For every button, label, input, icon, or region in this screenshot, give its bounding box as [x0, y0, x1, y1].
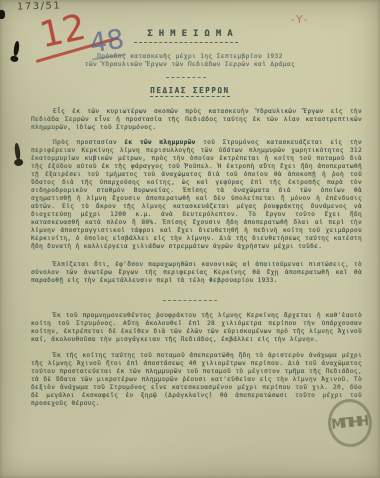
- divider-dashes: [166, 77, 206, 78]
- archive-stamp-monogram: ΜΠΗΗ: [333, 414, 368, 432]
- scanned-document-page: 173/51 12 48 -Υ- ΣΗΜΕΙΩΜΑ Πρόοδος κατασκ…: [0, 0, 380, 478]
- title-underline: [134, 42, 238, 43]
- paragraph-4: Ἐκ τοῦ προμνημονευθέντος ῥουφράκτου τῆς …: [31, 312, 362, 344]
- paragraph-2-lead: Πρὸς προστασίαν: [53, 139, 124, 146]
- binding-ink-mark: [0, 10, 5, 19]
- document-title: ΣΗΜΕΙΩΜΑ: [0, 29, 380, 39]
- red-letter-mark-annotation: -Υ-: [291, 13, 309, 26]
- paragraph-3: Ἐλπίζεται ὅτι, ἐφ'ὅσον παραχωρηθῶσι κανο…: [31, 261, 362, 285]
- section-heading-text: ΠΕΔΙΑΣ ΣΕΡΡΩΝ: [150, 86, 230, 97]
- paragraph-5: Ἐκ τῆς κοίτης ταύτης τοῦ ποταμοῦ ἀπεπερα…: [31, 352, 362, 408]
- subtitle-line-1: Πρόοδος κατασκευῆς μέχρι 1ης Σεπτεμβρίου…: [97, 53, 283, 60]
- paragraph-2: Πρὸς προστασίαν ἐκ τῶν πλημμυρῶν τοῦ Στρ…: [31, 139, 362, 251]
- divider-dashes: [163, 300, 217, 301]
- paragraph-1: Εἷς ἐκ τῶν κυριωτέρων σκοπῶν πρὸς κατασκ…: [31, 108, 362, 132]
- paragraph-2-emphasis: ἐκ τῶν πλημμυρῶν: [124, 139, 195, 146]
- paragraph-2-rest: τοῦ Στρυμόνος κατασκευάζεται εἰς τὴν περ…: [31, 139, 362, 250]
- catalog-number-annotation: 173/51: [17, 0, 61, 12]
- document-subtitle: Πρόοδος κατασκευῆς μέχρι 1ης Σεπτεμβρίου…: [0, 53, 380, 69]
- section-heading: ΠΕΔΙΑΣ ΣΕΡΡΩΝ: [0, 86, 380, 95]
- binding-ink-mark: [14, 143, 21, 160]
- subtitle-line-2: τῶν Ὑδραυλικῶν Ἔργων τῶν Πεδιάδων Σερρῶν…: [85, 61, 295, 68]
